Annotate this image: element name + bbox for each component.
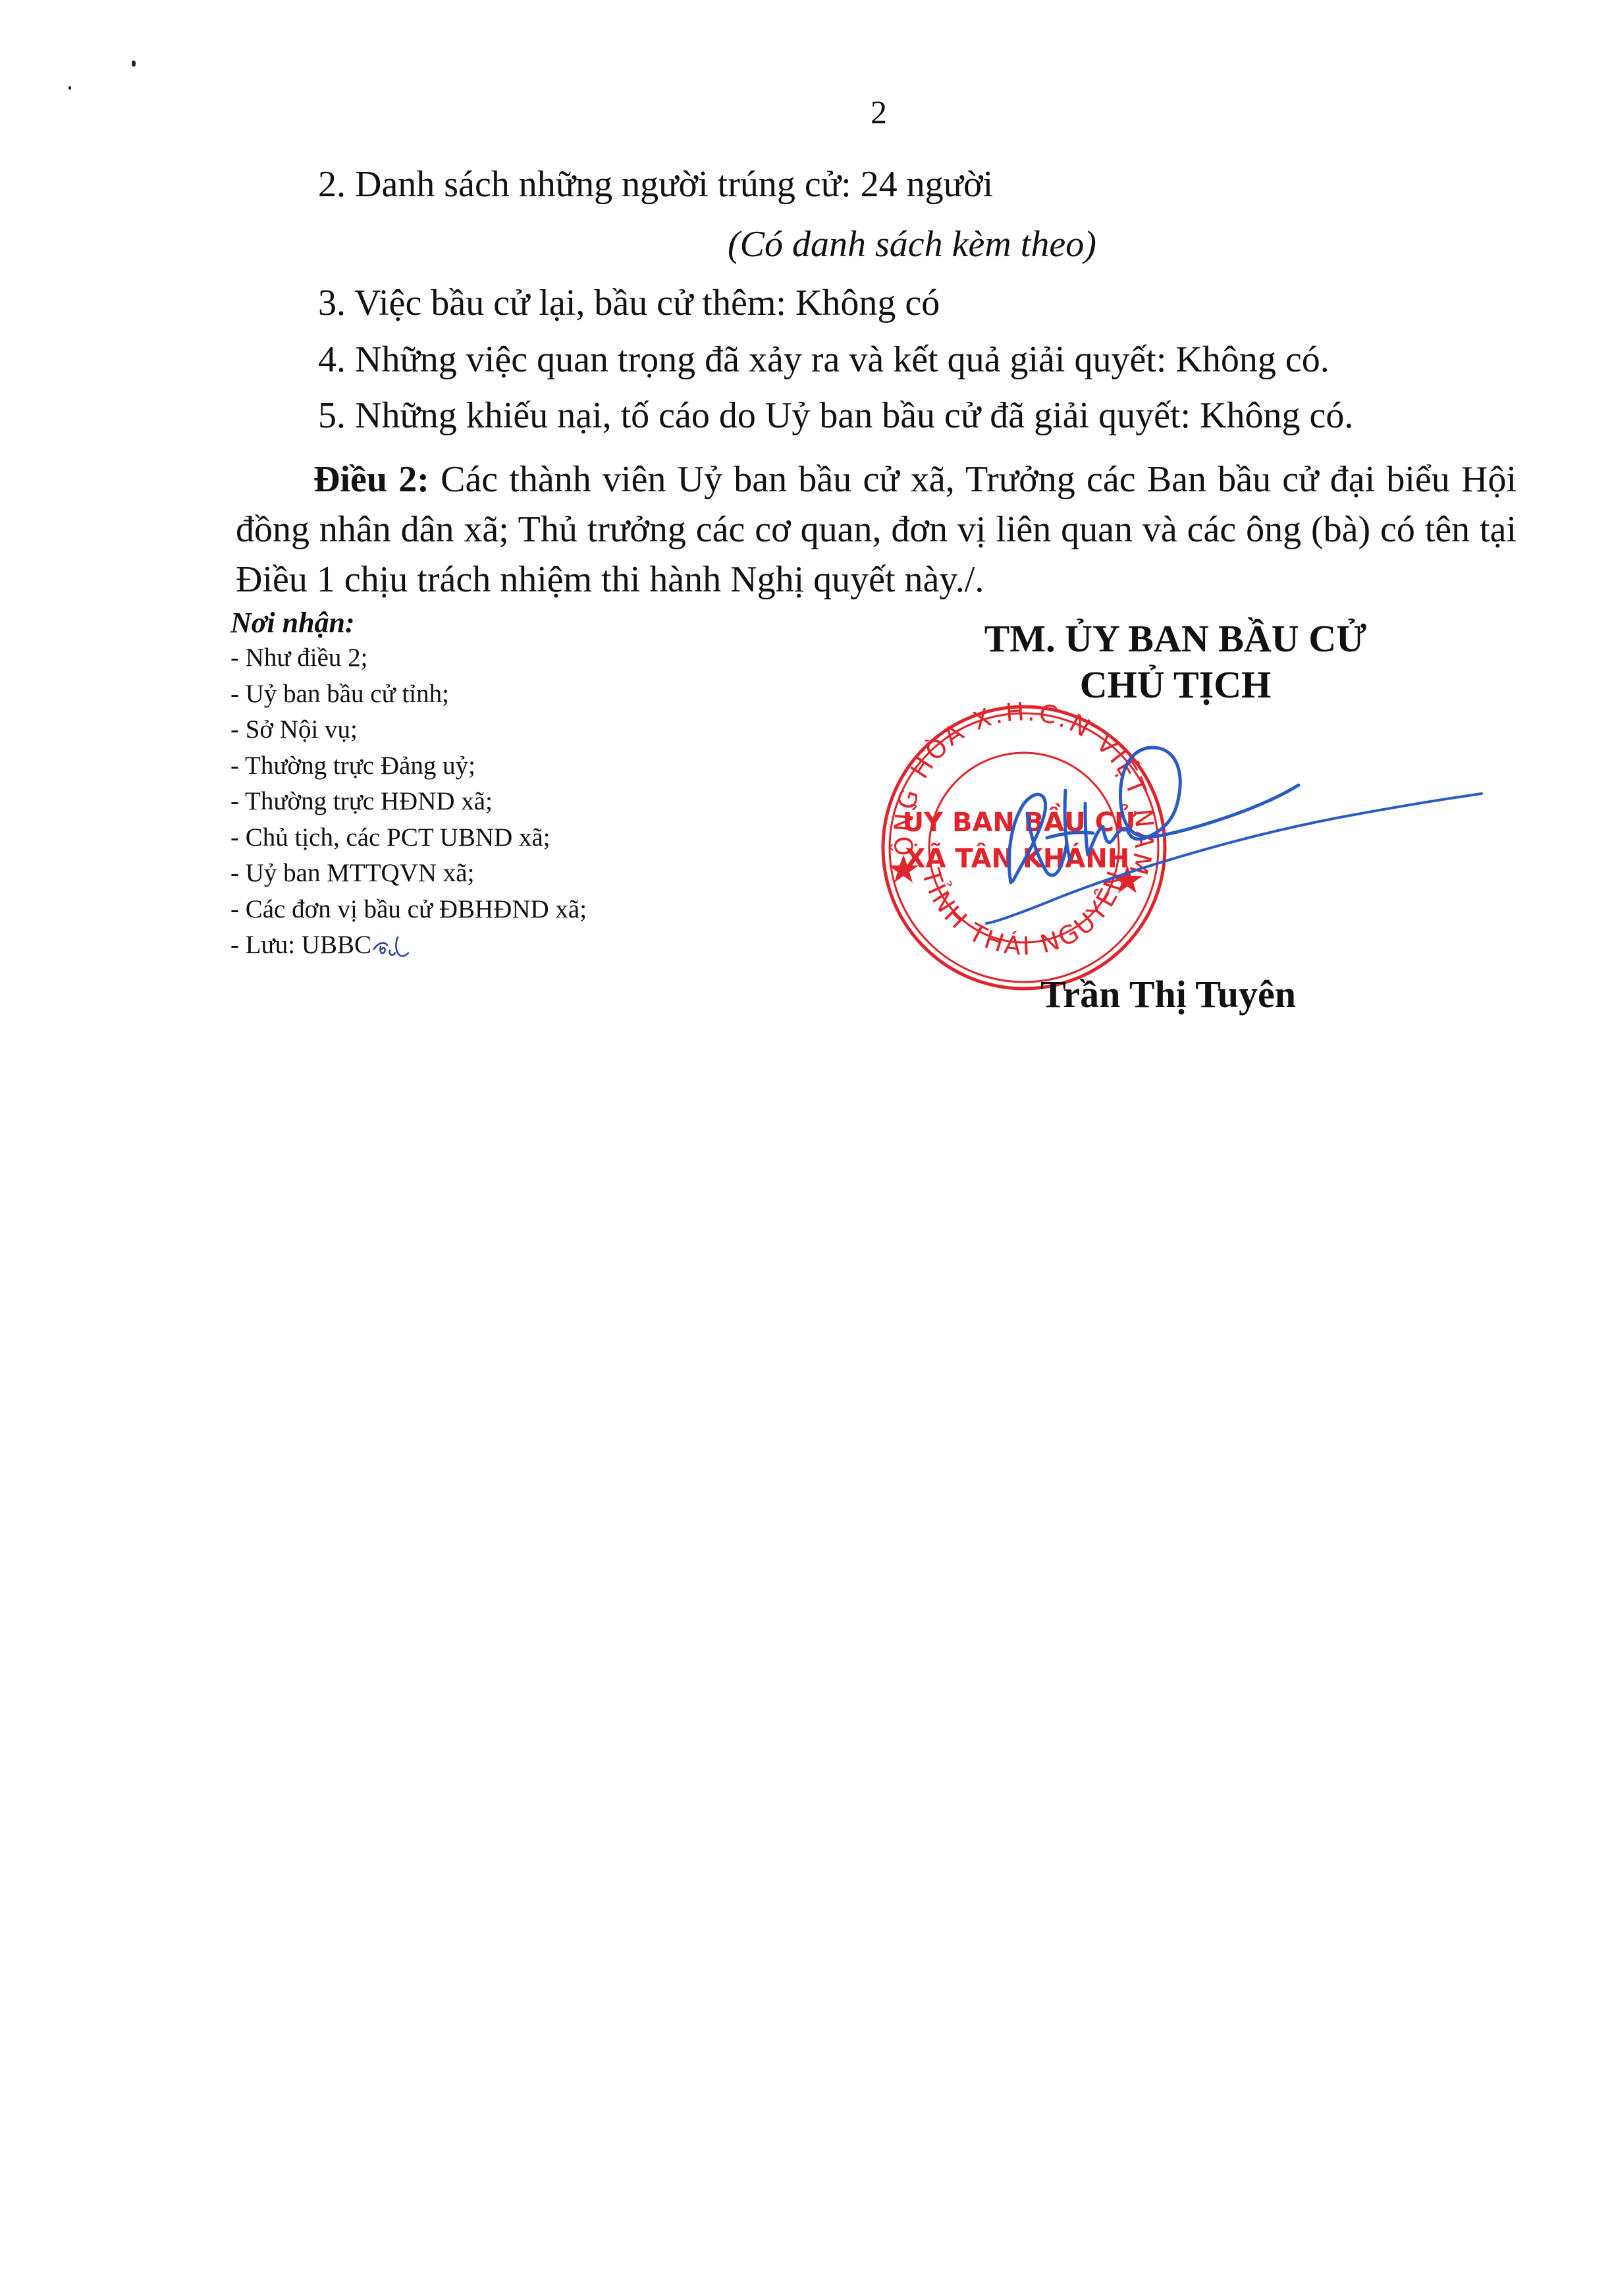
article-2-label: Điều 2: — [313, 459, 429, 500]
recipient-item: - Uỷ ban MTTQVN xã; — [230, 856, 587, 892]
archive-label: - Lưu: UBBC — [230, 931, 371, 959]
handwritten-initials-icon — [371, 935, 411, 961]
scan-speck — [68, 86, 71, 90]
recipient-item: - Thường trực Đảng uỷ; — [230, 748, 587, 784]
article-2-paragraph: Điều 2: Các thành viên Uỷ ban bầu cử xã,… — [236, 454, 1517, 605]
item-3: 3. Việc bầu cử lại, bầu cử thêm: Không c… — [318, 285, 940, 321]
recipient-item: - Thường trực HĐND xã; — [230, 784, 587, 820]
item-4: 4. Những việc quan trọng đã xảy ra và kế… — [318, 341, 1330, 378]
item-2: 2. Danh sách những người trúng cử: 24 ng… — [318, 166, 993, 203]
recipients-list: Nơi nhận: - Như điều 2; - Uỷ ban bầu cử … — [230, 606, 587, 964]
recipients-heading: Nơi nhận: — [230, 606, 587, 640]
signature-title: TM. ỦY BAN BẦU CỬ — [909, 616, 1442, 662]
recipient-item: - Các đơn vị bầu cử ĐBHĐND xã; — [230, 892, 587, 928]
signature-heading: TM. ỦY BAN BẦU CỬ CHỦ TỊCH — [909, 616, 1442, 708]
signer-name: Trần Thị Tuyên — [1040, 973, 1296, 1016]
recipient-item: - Uỷ ban bầu cử tỉnh; — [230, 676, 587, 713]
recipient-item-archive: - Lưu: UBBC — [230, 927, 587, 964]
recipient-item: - Chủ tịch, các PCT UBND xã; — [230, 820, 587, 856]
item-5: 5. Những khiếu nại, tố cáo do Uỷ ban bầu… — [318, 397, 1353, 434]
document-page: 2 2. Danh sách những người trúng cử: 24 … — [0, 0, 1612, 2296]
recipient-item: - Sở Nội vụ; — [230, 712, 587, 748]
page-number: 2 — [871, 96, 887, 128]
handwritten-signature-icon — [975, 724, 1554, 948]
attachment-note: (Có danh sách kèm theo) — [728, 226, 1096, 263]
scan-speck — [132, 61, 136, 67]
recipient-item: - Như điều 2; — [230, 640, 587, 676]
